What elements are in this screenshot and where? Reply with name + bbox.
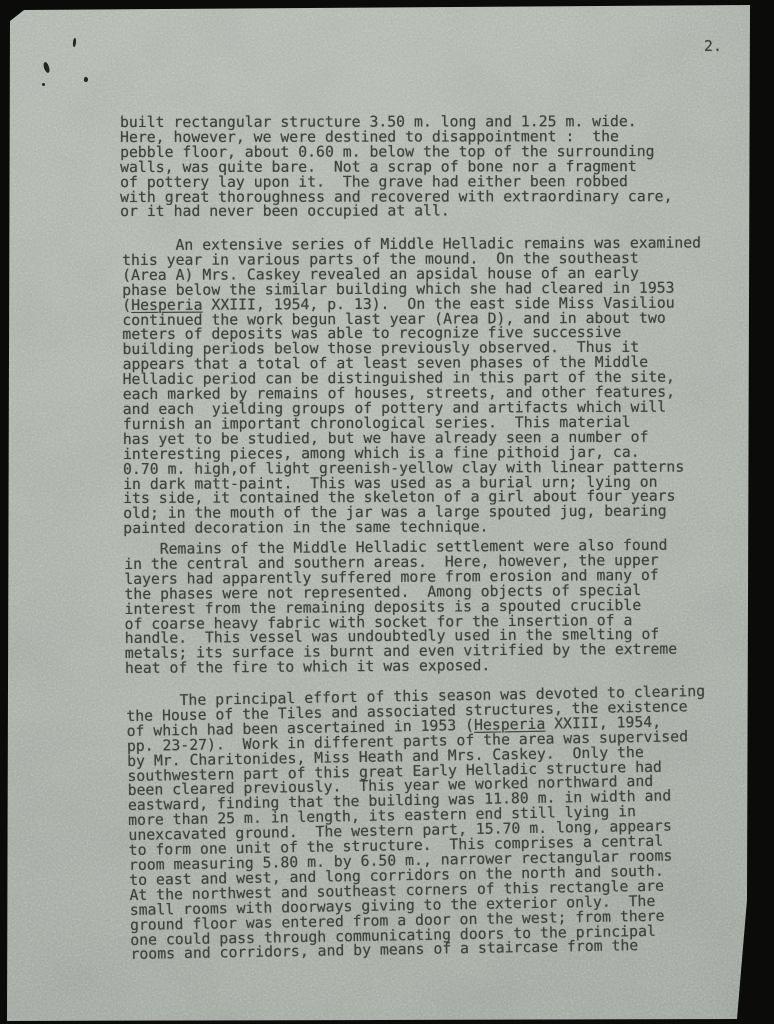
- ink-speck: [42, 61, 51, 73]
- ink-speck: [42, 83, 45, 86]
- ink-speck: [73, 38, 77, 47]
- paragraph-middle-helladic-series: An extensive series of Middle Helladic r…: [122, 236, 702, 537]
- paragraph-text: XXIII, 1954, pp. 23-27). Work in differe…: [127, 713, 688, 963]
- document-page: 2. built rectangular structure 3.50 m. l…: [0, 0, 774, 1024]
- paragraph-grave-structure: built rectangular structure 3.50 m. long…: [120, 115, 673, 220]
- paragraph-text: XXIII, 1954, p. 13). On the east side Mi…: [122, 294, 684, 537]
- scan-background: 2. built rectangular structure 3.50 m. l…: [0, 0, 774, 1024]
- page-number: 2.: [704, 40, 722, 55]
- paragraph-central-southern-areas: Remains of the Middle Helladic settlemen…: [124, 539, 677, 677]
- paragraph-house-of-tiles: The principal effort of this season was …: [126, 685, 710, 963]
- ink-speck: [84, 77, 89, 83]
